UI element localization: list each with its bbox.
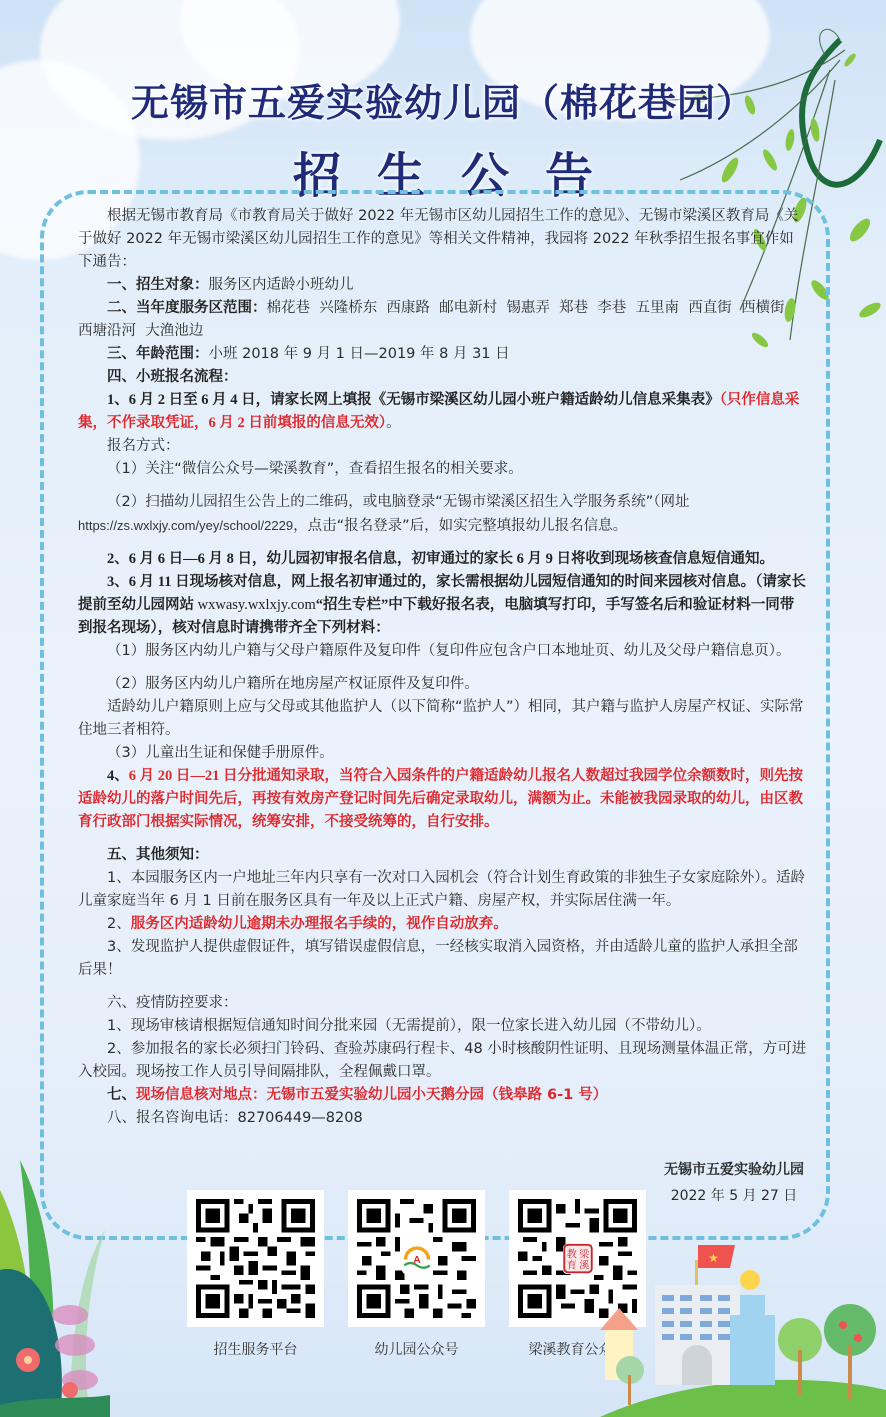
note-2-warning: 服务区内适龄幼儿逾期未办理报名手续的，视作自动放弃。 [131,916,508,932]
registration-method-1: （1）关注“微信公众号—梁溪教育”，查看招生报名的相关要求。 [78,458,808,481]
qr-label: 招生服务平台 [187,1339,324,1359]
step-4-number: 4、 [107,768,129,784]
qr-label: 幼儿园公众号 [348,1339,485,1359]
svg-text:溪: 溪 [579,1259,589,1272]
svg-text:★: ★ [708,1251,719,1265]
section-label: 七、 [107,1087,136,1103]
svg-text:梁: 梁 [579,1247,590,1260]
method-2-text: （2）扫描幼儿园招生公告上的二维码，或电脑登录“无锡市梁溪区招生入学服务系统”（… [107,494,690,510]
step-1-end: 。 [386,415,401,431]
note-1: 1、本园服务区内一户地址三年内只享有一次对口入园机会（符合计划生育政策的非独生子… [78,867,808,913]
verification-address: 现场信息核对地点：无锡市五爱实验幼儿园小天鹅分园（钱皋路 6-1 号） [136,1087,607,1103]
qr-code-icon[interactable]: 教 梁 育 溪 [509,1190,646,1327]
liangxi-education-seal-icon: 教 梁 育 溪 [563,1244,593,1274]
epidemic-item-1: 1、现场审核请根据短信通知时间分批来园（无需提前），限一位家长进入幼儿园（不带幼… [78,1015,808,1038]
signature-org: 无锡市五爱实验幼儿园 [664,1157,804,1183]
qr-kindergarten-account[interactable]: A 幼儿园公众号 [348,1190,485,1359]
svg-text:教: 教 [566,1247,576,1260]
section-service-area: 二、当年度服务区范围：棉花巷 兴隆桥东 西康路 邮电新村 锡惠弄 郑巷 李巷 五… [78,297,808,343]
registration-url-link[interactable]: https://zs.wxlxjy.com/yey/school/2229 [78,518,293,533]
note-2: 2、服务区内适龄幼儿逾期未办理报名手续的，视作自动放弃。 [78,913,808,936]
method-2-text-end: ，点击“报名登录”后，如实完整填报幼儿报名信息。 [293,518,627,534]
step-1: 1、6 月 2 日至 6 月 4 日，请家长网上填报《无锡市梁溪区幼儿园小班户籍… [78,389,808,435]
section-text: 服务区内适龄小班幼儿 [209,277,354,293]
qr-code-icon[interactable] [187,1190,324,1327]
step-3: 3、6 月 11 日现场核对信息，网上报名初审通过的，家长需根据幼儿园短信通知的… [78,571,808,640]
epidemic-item-2: 2、参加报名的家长必须扫门铃码、查验苏康码行程卡、48 小时核酸阴性证明、且现场… [78,1038,808,1084]
notice-body: 根据无锡市教育局《市教育局关于做好 2022 年无锡市区幼儿园招生工作的意见》、… [78,205,808,1130]
material-note: 适龄幼儿户籍原则上应与父母或其他监护人（以下简称“监护人”）相同，其户籍与监护人… [78,696,808,742]
qr-liangxi-education-account[interactable]: 教 梁 育 溪 梁溪教育公众号 [509,1190,646,1359]
step-2: 2、6 月 6 日—6 月 8 日，幼儿园初审报名信息，初审通过的家长 6 月 … [78,548,808,571]
section-enrollment-target: 一、招生对象：服务区内适龄小班幼儿 [78,274,808,297]
registration-method-2: （2）扫描幼儿园招生公告上的二维码，或电脑登录“无锡市梁溪区招生入学服务系统”（… [78,491,808,538]
step-4-admission-notice: 6 月 20 日—21 日分批通知录取，当符合入园条件的户籍适龄幼儿报名人数超过… [78,768,803,830]
step-1-text: 1、6 月 2 日至 6 月 4 日，请家长网上填报《无锡市梁溪区幼儿园小班户籍… [107,392,720,408]
section-label: 一、招生对象： [107,277,209,293]
kindergarten-logo-icon: A [402,1244,432,1274]
qr-enrollment-platform[interactable]: 招生服务平台 [187,1190,324,1359]
section-epidemic-prevention: 六、疫情防控要求： [78,992,808,1015]
note-2-number: 2、 [107,916,131,932]
step-4: 4、6 月 20 日—21 日分批通知录取，当符合入园条件的户籍适龄幼儿报名人数… [78,765,808,834]
qr-code-icon[interactable]: A [348,1190,485,1327]
registration-method-label: 报名方式： [78,435,808,458]
section-verification-location: 七、现场信息核对地点：无锡市五爱实验幼儿园小天鹅分园（钱皋路 6-1 号） [78,1084,808,1107]
qr-code-row: 招生服务平台 [187,1190,646,1359]
section-age-range: 三、年龄范围：小班 2018 年 9 月 1 日—2019 年 8 月 31 日 [78,343,808,366]
section-label: 二、当年度服务区范围： [107,300,267,316]
page-header: 无锡市五爱实验幼儿园（棉花巷园） 招生公告 [0,72,886,206]
note-3: 3、发现监护人提供虚假证件，填写错误虚假信息，一经核实取消入园资格，并由适龄儿童… [78,936,808,982]
material-1: （1）服务区内幼儿户籍与父母户籍原件及复印件（复印件应包含户口本地址页、幼儿及父… [78,640,808,663]
section-label: 五、其他须知： [107,847,209,863]
svg-text:育: 育 [566,1259,576,1272]
material-3: （3）儿童出生证和保健手册原件。 [78,742,808,765]
section-label: 三、年龄范围： [107,346,209,362]
qr-label: 梁溪教育公众号 [509,1339,646,1359]
section-consult-phone: 八、报名咨询电话：82706449—8208 [78,1107,808,1130]
section-other-notes: 五、其他须知： [78,844,808,867]
kindergarten-website-link[interactable]: wxwasy.wxlxjy.com [198,597,316,613]
signature-block: 无锡市五爱实验幼儿园 2022 年 5 月 27 日 [664,1157,804,1209]
material-2: （2）服务区内幼儿户籍所在地房屋产权证原件及复印件。 [78,673,808,696]
school-title: 无锡市五爱实验幼儿园（棉花巷园） [0,72,886,127]
svg-text:A: A [413,1255,421,1266]
section-registration-process: 四、小班报名流程： [78,366,808,389]
section-label: 四、小班报名流程： [107,369,238,385]
section-text: 小班 2018 年 9 月 1 日—2019 年 8 月 31 日 [209,346,510,362]
intro-paragraph: 根据无锡市教育局《市教育局关于做好 2022 年无锡市区幼儿园招生工作的意见》、… [78,205,808,274]
signature-date: 2022 年 5 月 27 日 [664,1183,804,1209]
